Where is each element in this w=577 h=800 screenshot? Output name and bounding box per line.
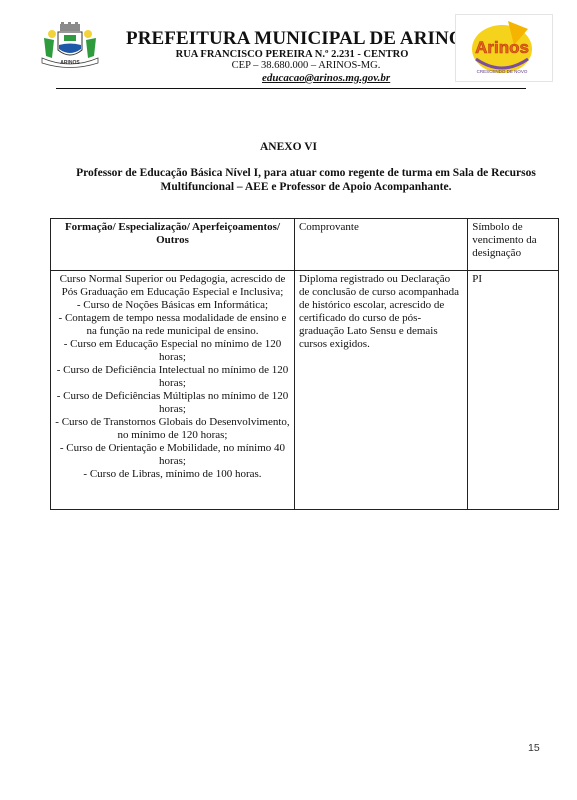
requirement-item: - Curso de Deficiências Múltiplas no mín…	[55, 390, 290, 416]
page-number: 15	[528, 742, 540, 754]
requirement-item: - Contagem de tempo nessa modalidade de …	[55, 312, 290, 338]
email-link[interactable]: educacao@arinos.mg.gov.br	[262, 72, 390, 84]
annex-subtitle: Professor de Educação Básica Nível I, pa…	[48, 166, 564, 194]
comprovante-cell: Diploma registrado ou Declaração de conc…	[294, 271, 467, 510]
requirements-table: Formação/ Especialização/ Aperfeiçoament…	[50, 218, 559, 510]
arinos-logo-icon: Arinos CRESCENDO DE NOVO	[456, 15, 552, 81]
header-divider	[56, 88, 526, 89]
table-row: Curso Normal Superior ou Pedagogia, acre…	[51, 271, 559, 510]
svg-text:CRESCENDO DE NOVO: CRESCENDO DE NOVO	[477, 69, 528, 74]
annex-title: ANEXO VI	[0, 141, 577, 153]
requirement-item: - Curso em Educação Especial no mínimo d…	[55, 338, 290, 364]
document-page: ARINOS PREFEITURA MUNICIPAL DE ARINOS RU…	[0, 0, 577, 800]
header-simbolo: Símbolo de vencimento da designação	[468, 219, 559, 271]
postal-code-line: CEP – 38.680.000 – ARINOS-MG.	[140, 60, 472, 71]
table-header-row: Formação/ Especialização/ Aperfeiçoament…	[51, 219, 559, 271]
requirement-item: - Curso de Orientação e Mobilidade, no m…	[55, 442, 290, 468]
requirement-item: - Curso de Deficiência Intelectual no mí…	[55, 364, 290, 390]
municipality-title: PREFEITURA MUNICIPAL DE ARINOS	[126, 28, 458, 50]
address-line: RUA FRANCISCO PEREIRA N.º 2.231 - CENTRO	[126, 49, 458, 60]
svg-text:ARINOS: ARINOS	[60, 60, 80, 66]
coat-of-arms-logo: ARINOS	[38, 20, 102, 70]
requirement-item: Curso Normal Superior ou Pedagogia, acre…	[55, 273, 290, 299]
header-comprovante: Comprovante	[294, 219, 467, 271]
requirement-item: - Curso de Noções Básicas em Informática…	[55, 299, 290, 312]
administration-logo: Arinos CRESCENDO DE NOVO	[455, 14, 553, 82]
requirement-item: - Curso de Transtornos Globais do Desenv…	[55, 416, 290, 442]
formacao-cell: Curso Normal Superior ou Pedagogia, acre…	[51, 271, 295, 510]
simbolo-cell: PI	[468, 271, 559, 510]
header-formacao: Formação/ Especialização/ Aperfeiçoament…	[51, 219, 295, 271]
svg-text:Arinos: Arinos	[475, 38, 529, 57]
requirement-item: - Curso de Libras, mínimo de 100 horas.	[55, 468, 290, 481]
